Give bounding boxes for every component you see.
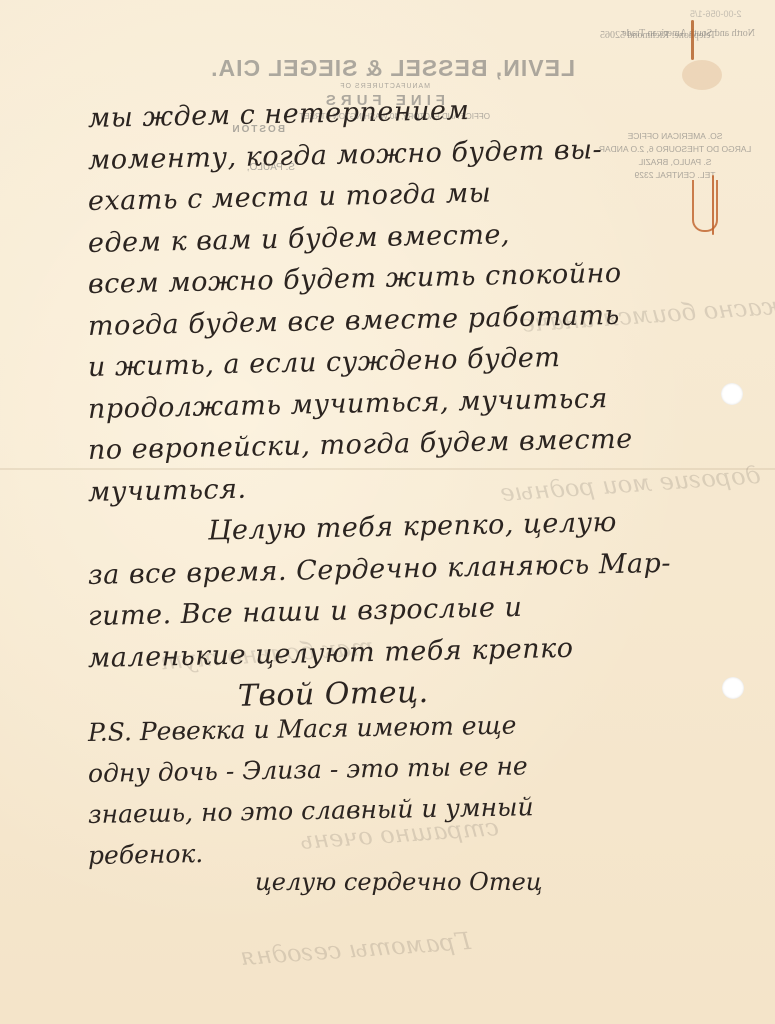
letterhead-trade-note: North and South American Trade — [622, 28, 755, 39]
postscript-closing: целую сердечно Отец — [255, 868, 543, 896]
postscript: P.S. Ревекка и Мася имеют еще одну дочь … — [88, 712, 748, 876]
top-margin-mark — [691, 20, 694, 60]
letterhead-company: LEVIN, BESSEL & SIEGEL CIA. — [210, 55, 575, 82]
letterhead-manufacturers: MANUFACTURERS OF — [339, 83, 430, 90]
reference-note: 2-00-056-1/5 — [690, 9, 742, 19]
letter-body: мы ждем с нетерпением моменту, когда мож… — [88, 98, 748, 721]
